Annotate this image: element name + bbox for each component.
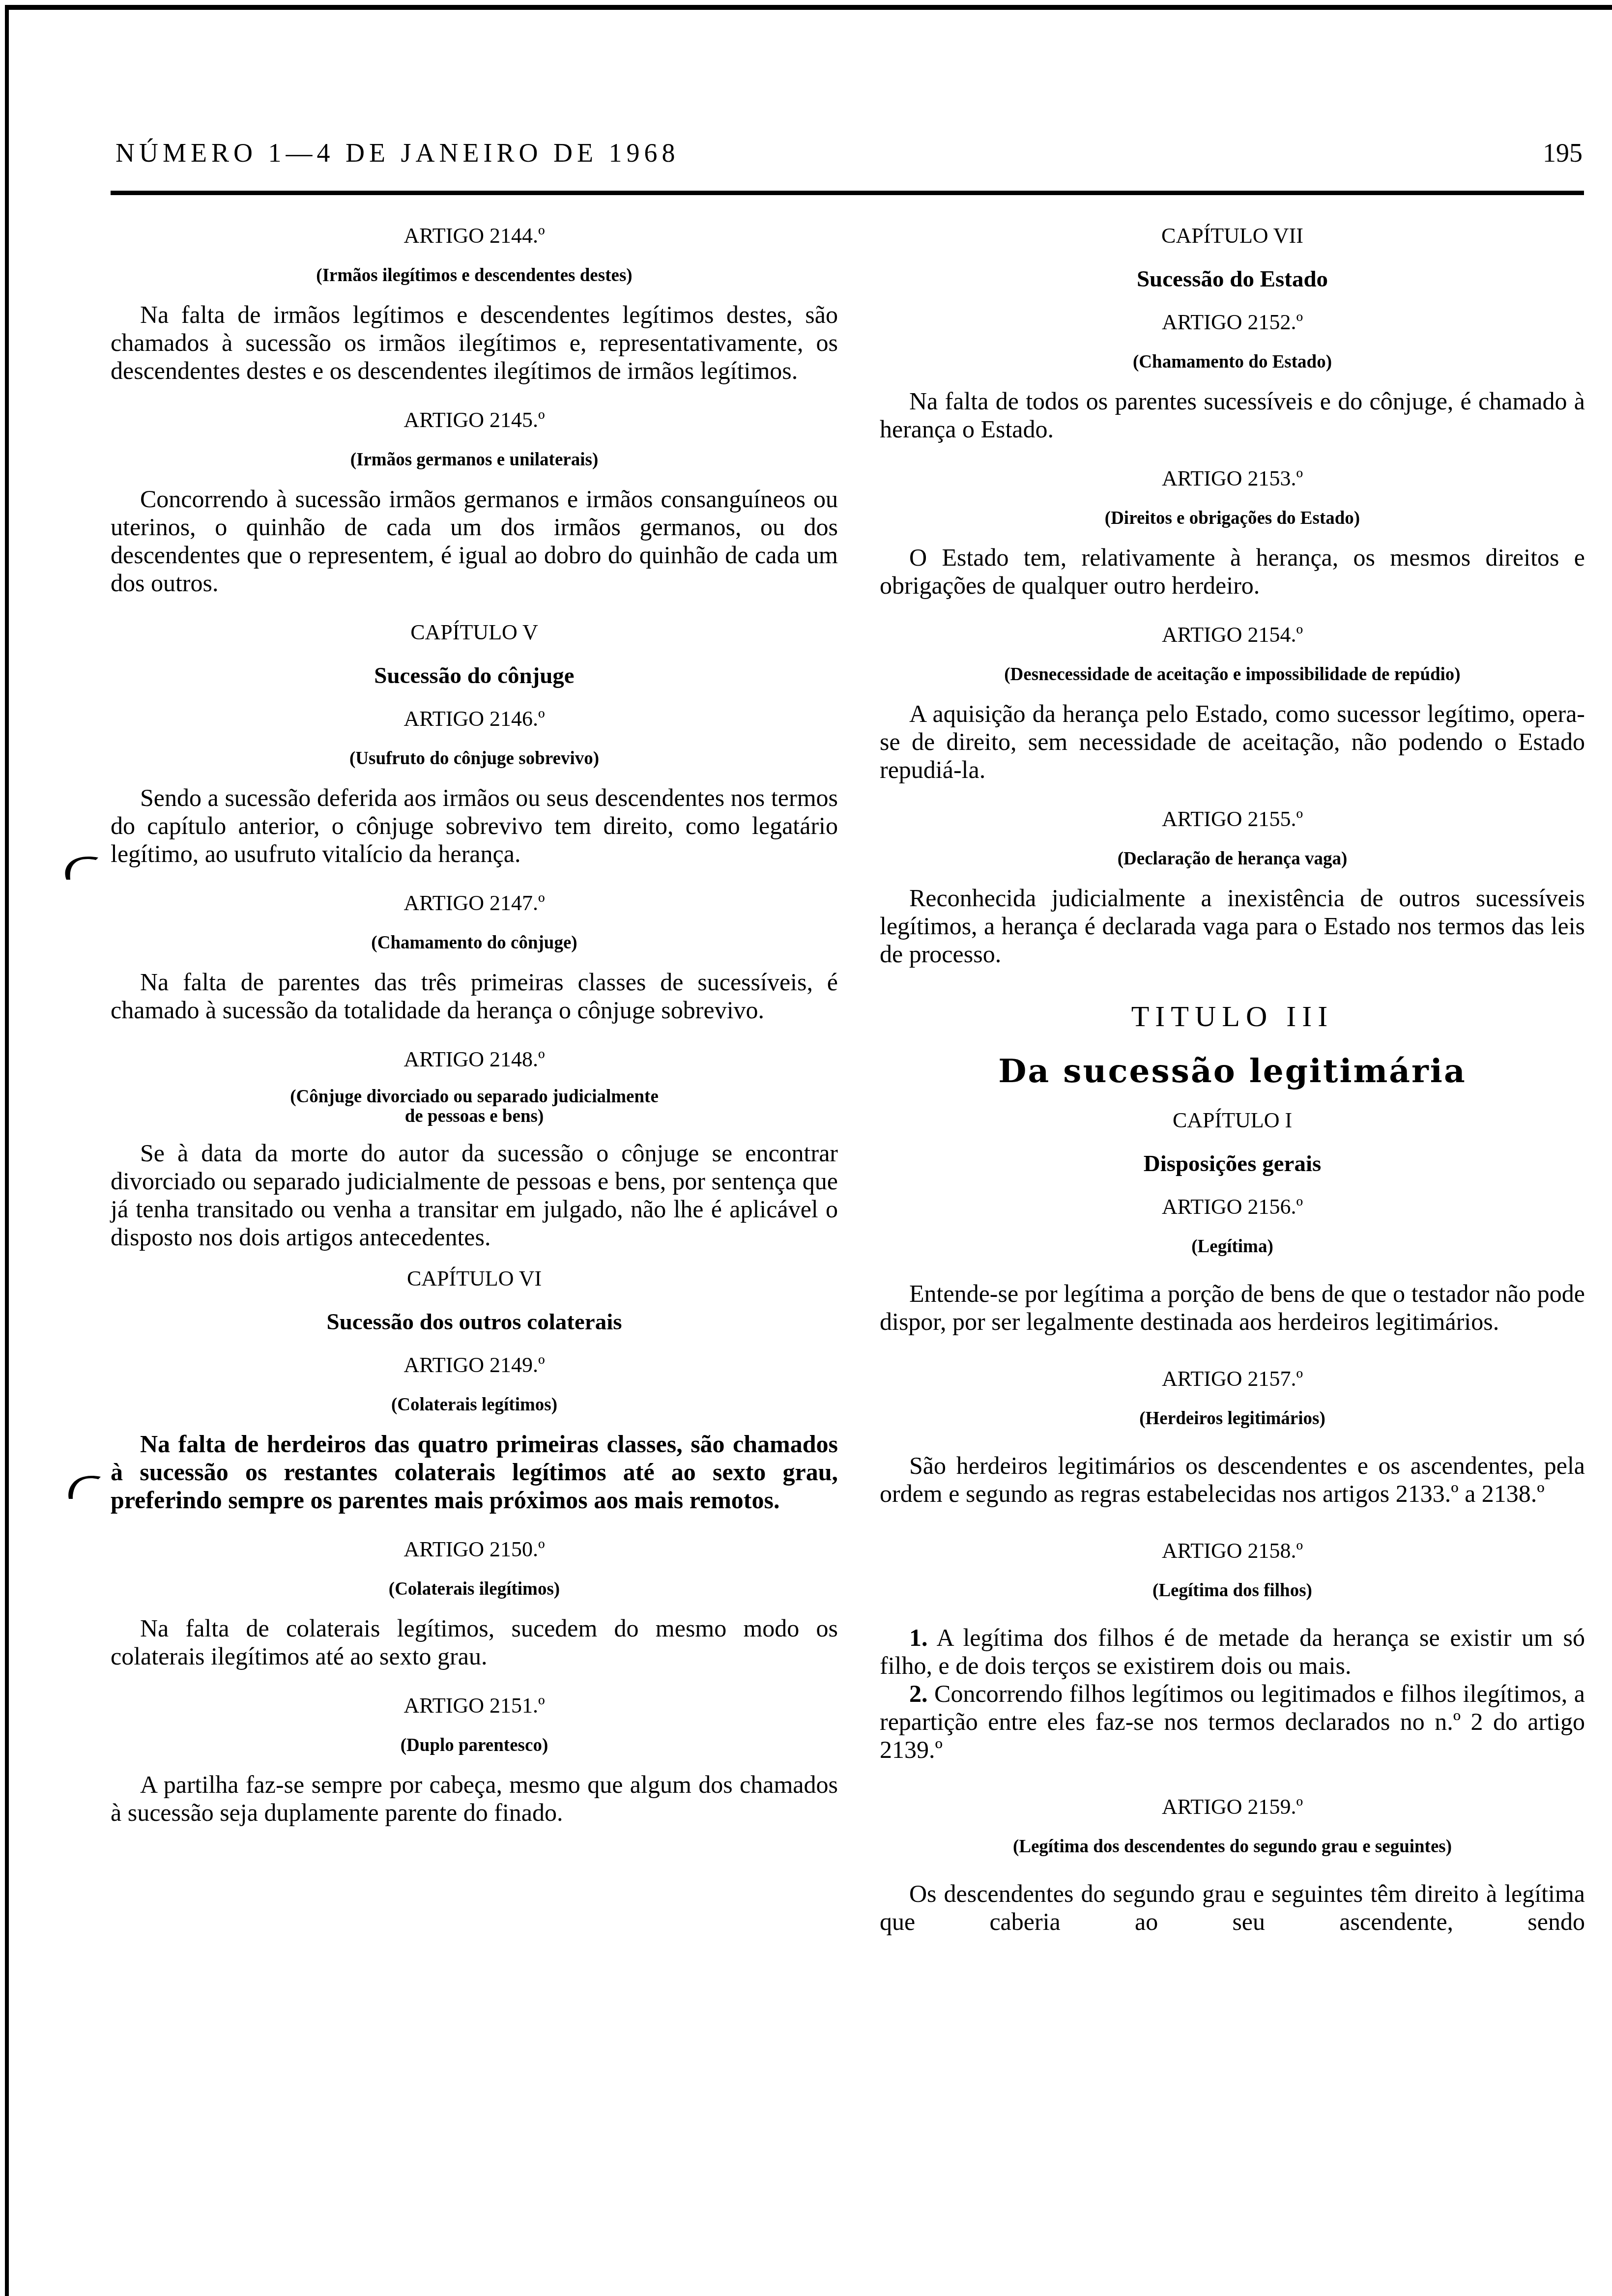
- article-2155: ARTIGO 2155.º (Declaração de herança vag…: [880, 804, 1585, 968]
- article-subtitle: (Legítima): [880, 1234, 1585, 1259]
- article-heading: ARTIGO 2144.º: [111, 221, 838, 251]
- article-text: Na falta de parentes das três primeiras …: [111, 968, 838, 1024]
- article-heading: ARTIGO 2157.º: [880, 1364, 1585, 1394]
- article-text: Na falta de irmãos legítimos e descenden…: [111, 301, 838, 385]
- article-heading: ARTIGO 2150.º: [111, 1535, 838, 1564]
- article-subtitle-line1: (Cônjuge divorciado ou separado judicial…: [111, 1087, 838, 1107]
- article-heading: ARTIGO 2159.º: [880, 1792, 1585, 1822]
- margin-hook-mark-icon: [64, 1469, 103, 1504]
- article-heading: ARTIGO 2148.º: [111, 1045, 838, 1074]
- article-2156: ARTIGO 2156.º (Legítima) Entende-se por …: [880, 1192, 1585, 1336]
- article-subtitle: (Legítima dos descendentes do segundo gr…: [880, 1835, 1585, 1859]
- article-heading: ARTIGO 2156.º: [880, 1192, 1585, 1222]
- article-text: Entende-se por legítima a porção de bens…: [880, 1280, 1585, 1336]
- article-subtitle: (Colaterais ilegítimos): [111, 1577, 838, 1602]
- margin-hook-mark-icon: [61, 850, 101, 885]
- article-heading: ARTIGO 2146.º: [111, 704, 838, 734]
- item-number: 1.: [909, 1624, 928, 1651]
- chapter-label: CAPÍTULO VII: [880, 221, 1585, 251]
- chapter-title: Sucessão dos outros colaterais: [111, 1306, 838, 1338]
- article-text: São herdeiros legitimários os descendent…: [880, 1452, 1585, 1508]
- article-2153: ARTIGO 2153.º (Direitos e obrigações do …: [880, 464, 1585, 600]
- article-text: Na falta de todos os parentes sucessívei…: [880, 387, 1585, 443]
- item-number: 2.: [909, 1680, 928, 1707]
- article-subtitle: (Chamamento do cônjuge): [111, 931, 838, 955]
- article-text: Na falta de colaterais legítimos, sucede…: [111, 1614, 838, 1670]
- article-text: Reconhecida judicialmente a inexistência…: [880, 884, 1585, 968]
- title-heading: Da sucessão legitimária: [880, 1049, 1585, 1093]
- article-subtitle: (Chamamento do Estado): [880, 350, 1585, 374]
- article-heading: ARTIGO 2149.º: [111, 1350, 838, 1380]
- chapter-label: CAPÍTULO VI: [111, 1264, 838, 1293]
- article-2146: ARTIGO 2146.º (Usufruto do cônjuge sobre…: [111, 704, 838, 868]
- article-2148: ARTIGO 2148.º (Cônjuge divorciado ou sep…: [111, 1045, 838, 1251]
- article-subtitle: (Irmãos germanos e unilaterais): [111, 448, 838, 472]
- article-text: A aquisição da herança pelo Estado, como…: [880, 700, 1585, 784]
- item-text: Concorrendo filhos legítimos ou legitima…: [880, 1680, 1585, 1763]
- chapter-label: CAPÍTULO I: [880, 1106, 1585, 1135]
- article-text: Concorrendo à sucessão irmãos germanos e…: [111, 485, 838, 597]
- page-edge-top: [5, 5, 1612, 10]
- article-heading: ARTIGO 2154.º: [880, 620, 1585, 650]
- article-2158: ARTIGO 2158.º (Legítima dos filhos) 1. A…: [880, 1536, 1585, 1764]
- article-2159: ARTIGO 2159.º (Legítima dos descendentes…: [880, 1792, 1585, 1936]
- article-2151: ARTIGO 2151.º (Duplo parentesco) A parti…: [111, 1691, 838, 1827]
- left-column: ARTIGO 2144.º (Irmãos ilegítimos e desce…: [111, 221, 838, 1827]
- article-2147: ARTIGO 2147.º (Chamamento do cônjuge) Na…: [111, 889, 838, 1024]
- article-item-1: 1. A legítima dos filhos é de metade da …: [880, 1624, 1585, 1680]
- article-subtitle: (Colaterais legítimos): [111, 1393, 838, 1417]
- article-text: A partilha faz-se sempre por cabeça, mes…: [111, 1771, 838, 1827]
- article-text: Sendo a sucessão deferida aos irmãos ou …: [111, 784, 838, 868]
- article-2150: ARTIGO 2150.º (Colaterais ilegítimos) Na…: [111, 1535, 838, 1670]
- title-3: TITULO III Da sucessão legitimária: [880, 997, 1585, 1093]
- page-header: NÚMERO 1—4 DE JANEIRO DE 1968 195: [115, 123, 1583, 172]
- article-heading: ARTIGO 2147.º: [111, 889, 838, 918]
- chapter-7: CAPÍTULO VII Sucessão do Estado: [880, 221, 1585, 295]
- article-heading: ARTIGO 2145.º: [111, 405, 838, 435]
- article-heading: ARTIGO 2155.º: [880, 804, 1585, 834]
- chapter-title: Disposições gerais: [880, 1148, 1585, 1179]
- chapter-title: Sucessão do Estado: [880, 263, 1585, 295]
- item-text: A legítima dos filhos é de metade da her…: [880, 1624, 1585, 1679]
- article-heading: ARTIGO 2158.º: [880, 1536, 1585, 1566]
- article-subtitle: (Direitos e obrigações do Estado): [880, 506, 1585, 531]
- article-heading: ARTIGO 2151.º: [111, 1691, 838, 1721]
- article-2157: ARTIGO 2157.º (Herdeiros legitimários) S…: [880, 1364, 1585, 1508]
- article-text: Os descendentes do segundo grau e seguin…: [880, 1880, 1585, 1936]
- article-subtitle-line2: de pessoas e bens): [111, 1107, 838, 1126]
- article-text: O Estado tem, relativamente à herança, o…: [880, 544, 1585, 600]
- article-heading: ARTIGO 2152.º: [880, 308, 1585, 337]
- article-text: Na falta de herdeiros das quatro primeir…: [111, 1430, 838, 1514]
- article-item-2: 2. Concorrendo filhos legítimos ou legit…: [880, 1680, 1585, 1764]
- article-subtitle: (Legítima dos filhos): [880, 1578, 1585, 1603]
- article-subtitle: (Usufruto do cônjuge sobrevivo): [111, 746, 838, 771]
- page-number: 195: [1543, 138, 1583, 168]
- right-column: CAPÍTULO VII Sucessão do Estado ARTIGO 2…: [880, 221, 1585, 1936]
- article-subtitle: (Duplo parentesco): [111, 1733, 838, 1758]
- header-rule: [111, 191, 1584, 195]
- article-heading: ARTIGO 2153.º: [880, 464, 1585, 493]
- issue-title: NÚMERO 1—4 DE JANEIRO DE 1968: [115, 138, 679, 168]
- article-text: Se à data da morte do autor da sucessão …: [111, 1139, 838, 1251]
- page-edge-left: [5, 5, 9, 2296]
- article-subtitle: (Irmãos ilegítimos e descendentes destes…: [111, 263, 838, 288]
- article-2144: ARTIGO 2144.º (Irmãos ilegítimos e desce…: [111, 221, 838, 385]
- chapter-title: Sucessão do cônjuge: [111, 660, 838, 691]
- chapter-5: CAPÍTULO V Sucessão do cônjuge: [111, 618, 838, 691]
- chapter-label: CAPÍTULO V: [111, 618, 838, 647]
- article-2149: ARTIGO 2149.º (Colaterais legítimos) Na …: [111, 1350, 838, 1514]
- article-2154: ARTIGO 2154.º (Desnecessidade de aceitaç…: [880, 620, 1585, 784]
- title-label: TITULO III: [880, 997, 1585, 1036]
- chapter-6: CAPÍTULO VI Sucessão dos outros colatera…: [111, 1264, 838, 1338]
- article-2152: ARTIGO 2152.º (Chamamento do Estado) Na …: [880, 308, 1585, 443]
- chapter-1: CAPÍTULO I Disposições gerais: [880, 1106, 1585, 1179]
- article-subtitle: (Herdeiros legitimários): [880, 1406, 1585, 1431]
- article-2145: ARTIGO 2145.º (Irmãos germanos e unilate…: [111, 405, 838, 597]
- article-subtitle: (Desnecessidade de aceitação e impossibi…: [880, 662, 1585, 687]
- article-subtitle: (Declaração de herança vaga): [880, 847, 1585, 871]
